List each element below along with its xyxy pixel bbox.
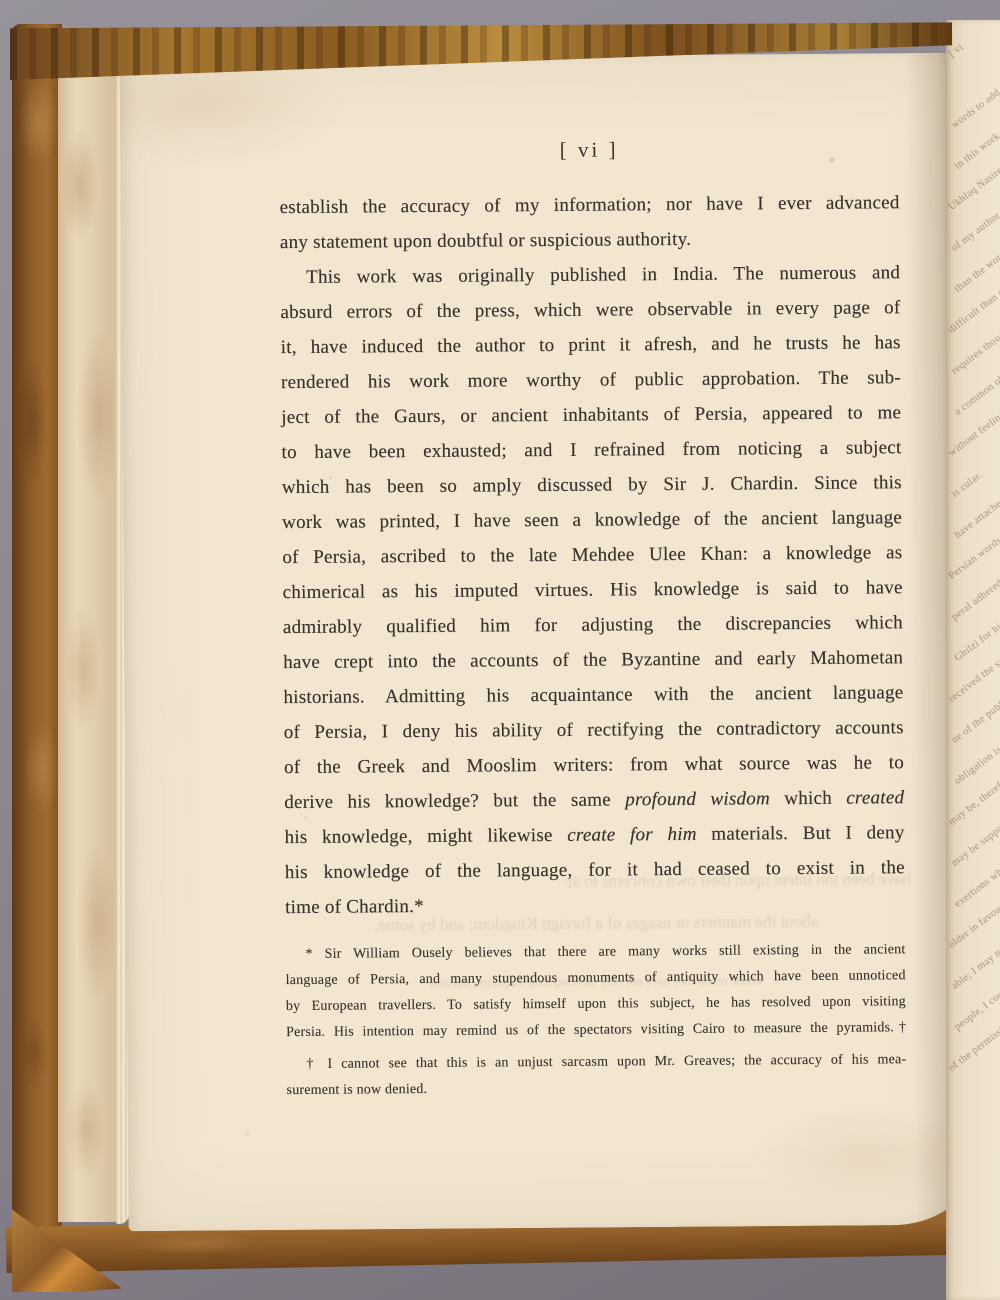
facing-page-text-fragment: Ukhlaq Nasiree, [947, 160, 1000, 213]
text-segment: his knowledge, might likewise [284, 825, 567, 848]
footnotes: * Sir William Ousely believes that there… [285, 937, 906, 1104]
text-segment: of Persia, I deny his ability of rectify… [284, 717, 904, 743]
text-line: any statement upon doubtful or suspiciou… [280, 220, 900, 260]
text-segment: by European travellers. To satisfy himse… [286, 994, 906, 1014]
marbled-endpaper-edge [58, 70, 120, 1222]
text-line: This work was originally published in In… [280, 255, 900, 295]
text-segment: to have been exhausted; and I refrained … [281, 437, 901, 463]
facing-page-text-fragment: is cular. [950, 470, 985, 500]
text-line: † I cannot see that this is an unjust sa… [286, 1047, 906, 1078]
text-segment: of the Greek and Mooslim writers: from w… [284, 752, 904, 778]
text-line: of Persia, I deny his ability of rectify… [284, 710, 904, 750]
text-line: Persia. His intention may remind us of t… [286, 1015, 906, 1046]
facing-page-text-fragment: without feeling [947, 409, 1000, 459]
text-segment: † I cannot see that this is an unjust sa… [306, 1052, 906, 1072]
text-segment: ject of the Gaurs, or ancient inhabitant… [281, 402, 901, 428]
facing-page-edge: [ viwords to add upoin this work. In mUk… [946, 20, 1000, 1300]
text-segment: establish the accuracy of my information… [279, 192, 899, 218]
text-line: chimerical as his imputed virtues. His k… [282, 570, 902, 610]
body-text: establish the accuracy of my information… [279, 185, 905, 925]
text-segment: This work was originally published in In… [306, 262, 900, 288]
text-line: have crept into the accounts of the Byza… [283, 640, 903, 680]
italic-text-segment: created [846, 787, 904, 808]
page-number: [ vi ] [279, 135, 899, 165]
text-segment: materials. But I deny [697, 822, 905, 845]
text-segment: have crept into the accounts of the Byza… [283, 647, 903, 673]
text-segment: any statement upon doubtful or suspiciou… [280, 229, 691, 253]
text-line: his knowledge, might likewise create for… [284, 815, 904, 855]
text-segment: which [770, 788, 846, 810]
text-segment: chimerical as his imputed virtues. His k… [283, 577, 903, 603]
text-line: establish the accuracy of my information… [279, 185, 899, 225]
text-line: derive his knowledge? but the same profo… [284, 780, 904, 820]
text-segment: * Sir William Ousely believes that there… [305, 942, 905, 962]
facing-page-text-fragment: words to add upo [950, 76, 1000, 131]
text-line: work was printed, I have seen a knowledg… [282, 500, 902, 540]
show-through-text: about the manners or usages of a foreign… [286, 911, 906, 936]
text-segment: admirably qualified him for adjusting th… [283, 612, 903, 638]
text-line: admirably qualified him for adjusting th… [283, 605, 903, 645]
text-segment: historians. Admitting his acquaintance w… [283, 682, 903, 708]
text-segment: Persia. His intention may remind us of t… [286, 1020, 906, 1040]
italic-text-segment: profound wisdom [625, 788, 770, 810]
italic-text-segment: create for him [567, 824, 697, 846]
text-line: ject of the Gaurs, or ancient inhabitant… [281, 395, 901, 435]
text-segment: of Persia, ascribed to the late Mehdee U… [282, 542, 902, 568]
text-line: surement is now denied. [286, 1073, 906, 1104]
facing-page-text-fragment: requires though [950, 326, 1000, 377]
text-segment: which has been so amply discussed by Sir… [282, 472, 902, 498]
text-line: which has been so amply discussed by Sir… [282, 465, 902, 505]
text-line: it, have induced the author to print it … [281, 325, 901, 365]
text-segment: work was printed, I have seen a knowledg… [282, 507, 902, 533]
text-line: historians. Admitting his acquaintance w… [283, 675, 903, 715]
book-page: [ vi ] establish the accuracy of my info… [119, 53, 966, 1232]
text-segment: absurd errors of the press, which were o… [280, 297, 900, 323]
text-segment: it, have induced the author to print it … [281, 332, 901, 358]
text-segment: rendered his work more worthy of public … [281, 367, 901, 393]
text-line: of Persia, ascribed to the late Mehdee U… [282, 535, 902, 575]
text-segment: derive his knowledge? but the same [284, 789, 625, 813]
text-line: absurd errors of the press, which were o… [280, 290, 900, 330]
desk-surface: [ vi ] establish the accuracy of my info… [0, 0, 1000, 1300]
text-line: to have been exhausted; and I refrained … [281, 430, 901, 470]
text-line: rendered his work more worthy of public … [281, 360, 901, 400]
text-segment: surement is now denied. [286, 1082, 427, 1098]
show-through-text: have been too intent upon their own conc… [566, 869, 911, 892]
book-spine-leather-edge [12, 24, 62, 1264]
text-line: of the Greek and Mooslim writers: from w… [284, 745, 904, 785]
